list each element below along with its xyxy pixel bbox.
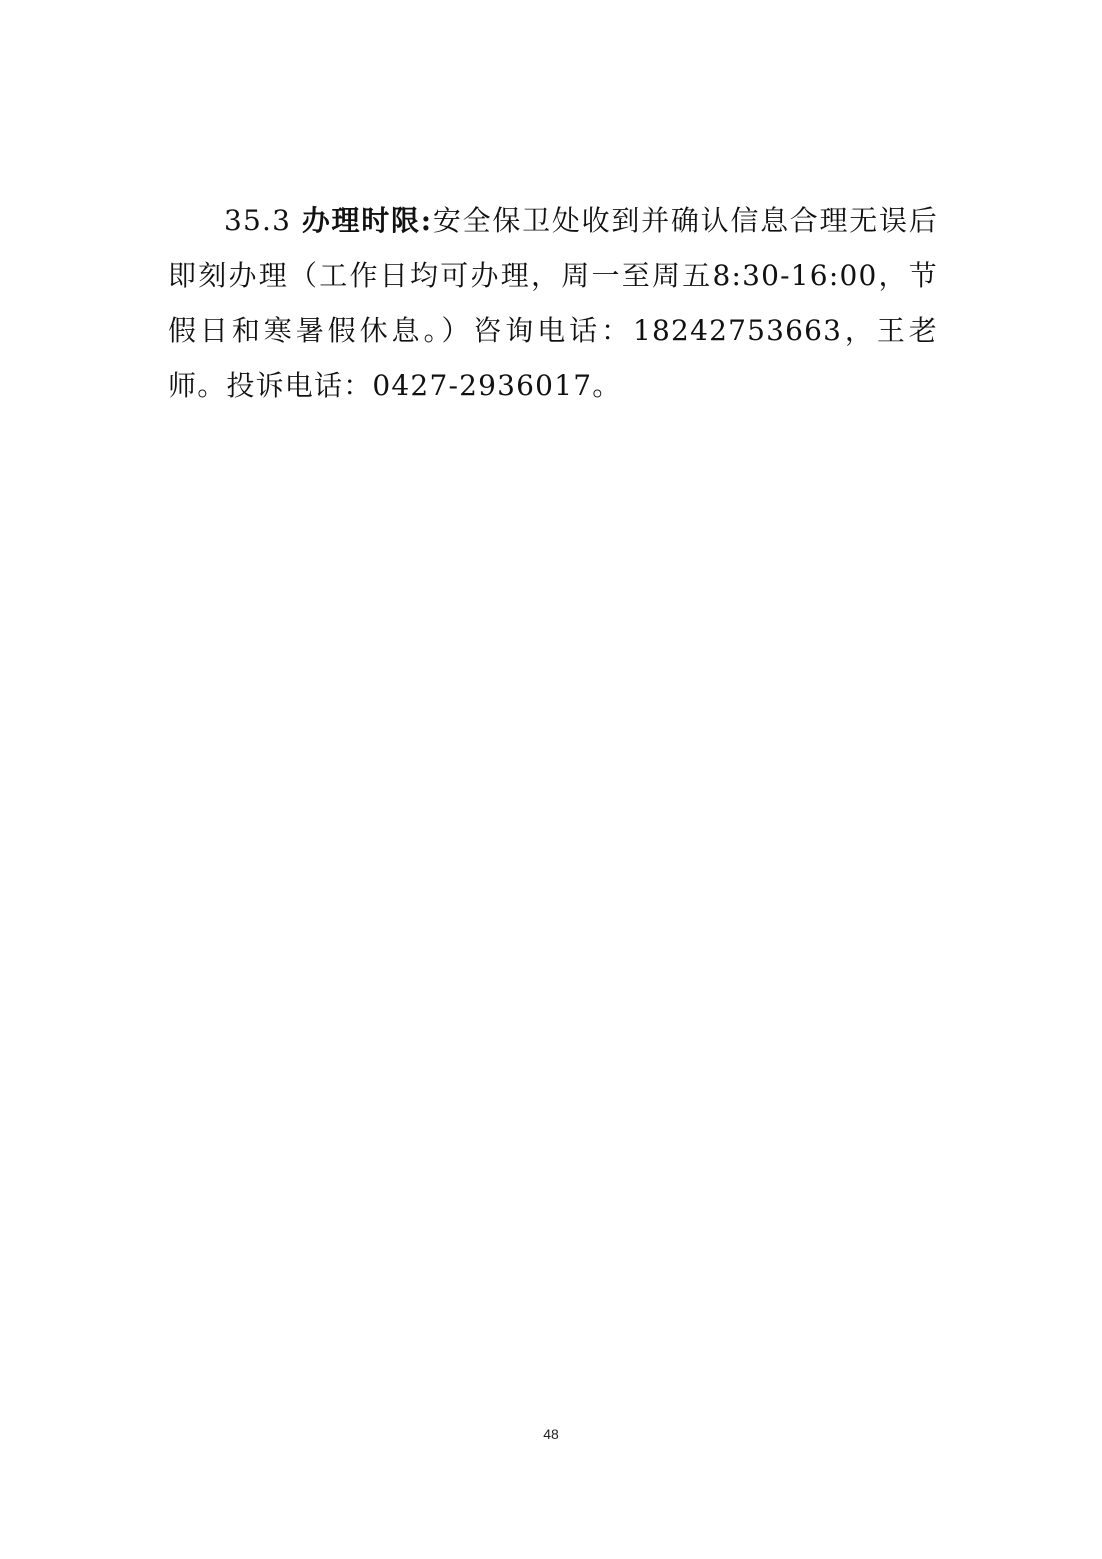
page-number: 48 bbox=[0, 1426, 1102, 1442]
section-heading: 办理时限: bbox=[302, 204, 433, 237]
section-paragraph: 35.3 办理时限:安全保卫处收到并确认信息合理无误后即刻办理（工作日均可办理，… bbox=[168, 193, 938, 413]
document-page: 35.3 办理时限:安全保卫处收到并确认信息合理无误后即刻办理（工作日均可办理，… bbox=[0, 0, 1102, 1559]
page-content: 35.3 办理时限:安全保卫处收到并确认信息合理无误后即刻办理（工作日均可办理，… bbox=[168, 193, 938, 413]
section-number: 35.3 bbox=[224, 204, 291, 237]
